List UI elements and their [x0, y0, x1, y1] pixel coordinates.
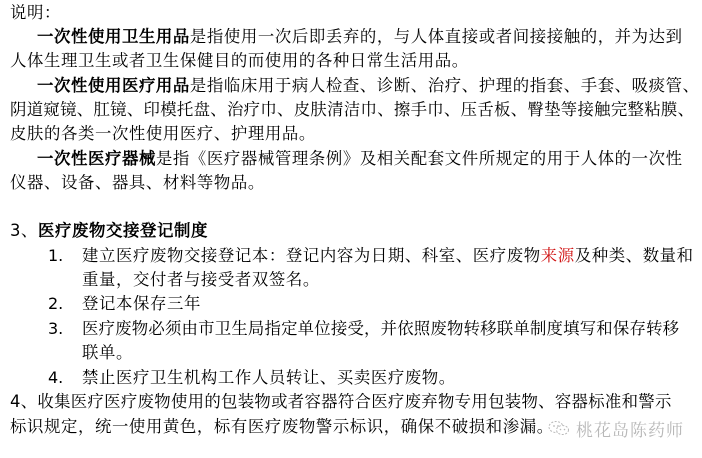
- section-number: 3、: [10, 221, 38, 240]
- document-page: 说明： 一次性使用卫生用品是指使用一次后即丢弃的，与人体直接或者间接接触的，并为…: [0, 0, 702, 458]
- list-number: 2.: [48, 294, 63, 314]
- section-4-line-2: 标识规定，统一使用黄色，标有医疗废物警示标识，确保不破损和渗漏。: [10, 417, 554, 437]
- definition-1-line-1: 一次性使用卫生用品是指使用一次后即丢弃的，与人体直接或者间接接触的，并为达到: [37, 27, 683, 47]
- list-item-4-line-1: 禁止医疗卫生机构工作人员转让、买卖医疗废物。: [82, 368, 456, 388]
- list-number: 3.: [48, 319, 63, 339]
- definition-term: 一次性使用医疗用品: [37, 76, 190, 95]
- definition-term: 一次性医疗器械: [37, 149, 156, 168]
- section-4-line-1: 4、收集医疗医疗废物使用的包装物或者容器符合医疗废弃物专用包装物、容器标准和警示: [10, 392, 672, 412]
- definition-2-line-3: 皮肤的各类一次性使用医疗、护理用品。: [10, 124, 316, 144]
- list-item-3-line-1: 医疗废物必须由市卫生局指定单位接受，并依照废物转移联单制度填写和保存转移: [82, 319, 679, 339]
- definition-2-line-2: 阴道窥镜、肛镜、印模托盘、治疗巾、皮肤清洁巾、擦手巾、压舌板、臀垫等接触完整粘膜…: [10, 100, 694, 120]
- wechat-icon: [548, 419, 570, 437]
- list-item-3-line-2: 联单。: [82, 343, 133, 363]
- definition-2-line-1: 一次性使用医疗用品是指临床用于病人检查、诊断、治疗、护理的指套、手套、吸痰管、: [37, 76, 700, 96]
- list-number: 4.: [48, 368, 63, 388]
- watermark-text: 桃花岛陈药师: [576, 416, 684, 441]
- list-item-1-line-2: 重量，交付者与接受者双签名。: [82, 270, 320, 290]
- highlighted-text: 来源: [541, 246, 575, 265]
- list-number: 1.: [48, 246, 63, 266]
- section-title: 医疗废物交接登记制度: [38, 221, 208, 240]
- definition-1-line-2: 人体生理卫生或者卫生保健目的而使用的各种日常生活用品。: [10, 51, 469, 71]
- heading: 说明：: [10, 3, 61, 23]
- definition-3-line-2: 仪器、设备、器具、材料等物品。: [10, 173, 265, 193]
- list-item-1-line-1: 建立医疗废物交接登记本：登记内容为日期、科室、医疗废物来源及种类、数量和: [82, 246, 694, 266]
- list-item-2-line-1: 登记本保存三年: [82, 294, 201, 314]
- definition-3-line-1: 一次性医疗器械是指《医疗器械管理条例》及相关配套文件所规定的用于人体的一次性: [37, 149, 683, 169]
- definition-term: 一次性使用卫生用品: [37, 27, 190, 46]
- section-3-heading: 3、医疗废物交接登记制度: [10, 221, 208, 241]
- watermark: 桃花岛陈药师: [548, 416, 684, 440]
